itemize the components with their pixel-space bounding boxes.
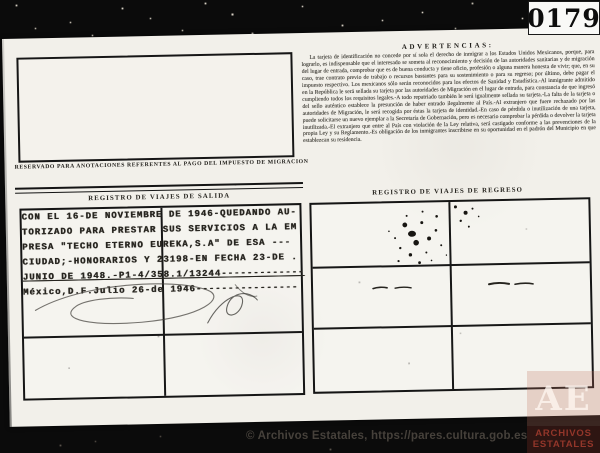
advertencias-body: La tarjeta de identificación no concede … [301, 49, 596, 145]
regreso-section-title: REGISTRO DE VIAJES DE REGRESO [305, 185, 590, 198]
archive-number-tag: 0179 [528, 1, 600, 35]
migration-card-back: RESERVADO PARA ANOTACIONES REFERENTES AL… [2, 27, 600, 427]
regreso-table [309, 197, 594, 394]
archive-logo-name-line2: ESTATALES [527, 440, 600, 451]
watermark-text: © Archivos Estatales, https://pares.cult… [246, 430, 527, 442]
paper-dust-specks [2, 39, 3, 40]
advertencias-section: ADVERTENCIAS: La tarjeta de identificaci… [301, 39, 596, 145]
archive-logo-initials: AE [527, 371, 600, 426]
stamp-text-block: CON EL 16-DE NOVIEMBRE DE 1946-QUEDANDO … [21, 205, 315, 301]
scanned-document-page: RESERVADO PARA ANOTACIONES REFERENTES AL… [0, 0, 600, 453]
scanner-dust-speckles [0, 0, 1, 1]
archive-logo-name: ARCHIVOS ESTATALES [527, 426, 600, 453]
card-left-edge-shadow [2, 39, 12, 427]
archive-logo-name-line1: ARCHIVOS [527, 429, 600, 440]
regreso-table-vertical-divider [448, 202, 454, 389]
archive-logo: AE ARCHIVOS ESTATALES [527, 371, 600, 453]
annotations-box [16, 52, 294, 163]
